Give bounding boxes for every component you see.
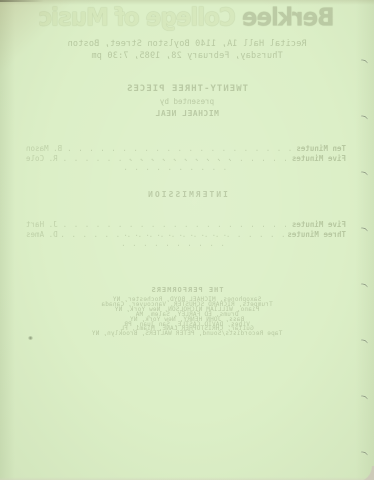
composer-name: J. Hart (26, 220, 58, 229)
performers-list: Saxophones, MICHAEL BOYD, Rochester, NY … (0, 298, 374, 337)
ink-speck (28, 336, 33, 340)
piece-title: Ten Minutes (296, 144, 346, 153)
date-line: Thursday, February 28, 1985, 7:30 pm (0, 51, 374, 61)
intermission-label: INTERMISSION (0, 190, 374, 199)
presented-by: presented by (0, 97, 374, 106)
scanned-program-page-verso: Berklee College of Music Recital Hall 1A… (0, 0, 374, 480)
scan-edge-shadow (0, 0, 374, 5)
recital-title: TWENTY-THREE PIECES (0, 84, 374, 94)
program-line: Three Minutes . . . . . . . . . . . . . … (26, 230, 346, 248)
composer-name: R. Cole (26, 154, 58, 163)
performers-heading: THE PERFORMERS (0, 286, 374, 294)
college-logotype: Berklee College of Music (0, 4, 374, 32)
venue-line: Recital Hall 1A, 1140 Boylston Street, B… (0, 39, 374, 49)
program-line: Five Minutes . . . . . . . . . . . . . .… (26, 154, 346, 172)
logo-college-of-music-text: College of Music (39, 4, 242, 32)
performer-line: Tape Recordists/Sound, PETER WALTERS, Br… (0, 332, 374, 337)
logo-berklee-text: Berklee (243, 4, 335, 32)
composer-name: B. Mason (26, 144, 62, 153)
composer-name: D. Ames (26, 230, 58, 239)
dot-leader: . . . . . . . . . . . . . . . . . . . . … (58, 154, 292, 172)
bleed-through-text-layer: Berklee College of Music Recital Hall 1A… (0, 0, 374, 480)
presenter-name: MICHAEL NEAL (0, 109, 374, 118)
piece-title: Five Minutes (292, 154, 346, 163)
dot-leader: . . . . . . . . . . . . . . . . . . . . … (58, 230, 288, 248)
piece-title: Three Minutes (287, 230, 346, 239)
page-corner-curl (356, 466, 374, 480)
piece-title: Five Minutes (292, 220, 346, 229)
